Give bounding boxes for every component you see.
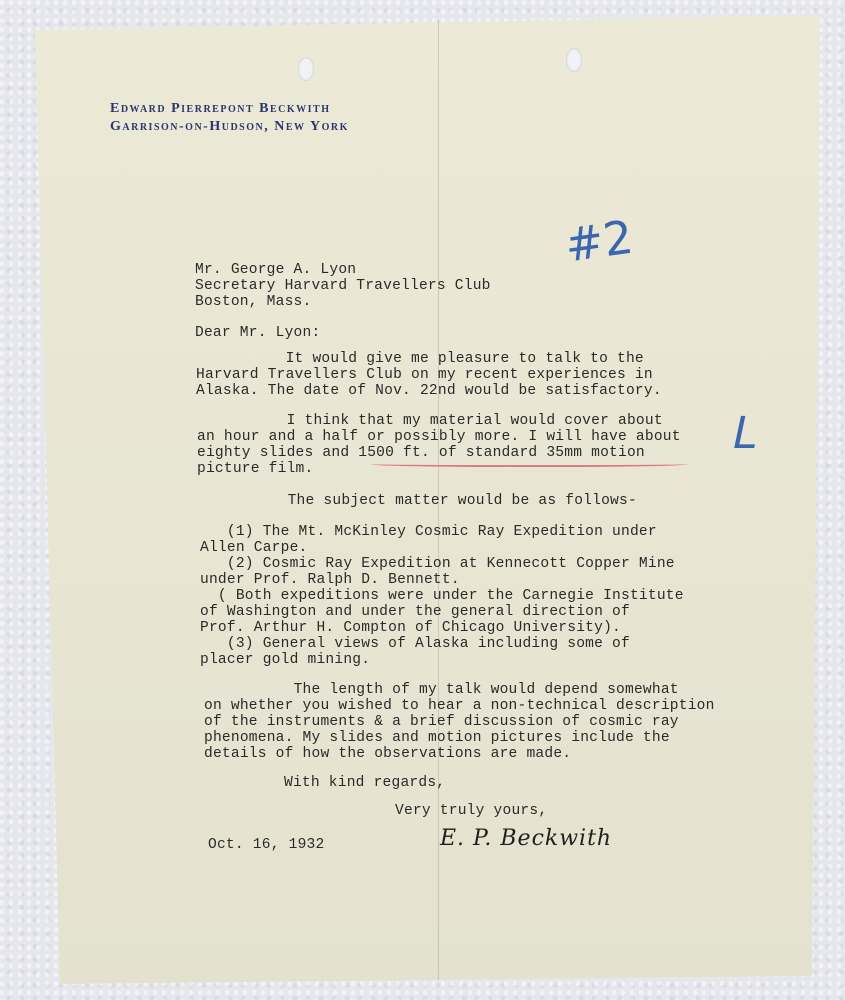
text-line: on whether you wished to hear a non-tech… bbox=[204, 698, 715, 714]
recipient-block: Mr. George A. LyonSecretary Harvard Trav… bbox=[195, 262, 491, 310]
text-line: I think that my material would cover abo… bbox=[197, 413, 681, 429]
punch-hole-left bbox=[298, 57, 314, 81]
recipient-city: Boston, Mass. bbox=[195, 294, 491, 310]
paragraph-2: I think that my material would cover abo… bbox=[197, 413, 681, 477]
paragraph-3: The subject matter would be as follows- bbox=[198, 493, 637, 509]
closing-regards: With kind regards, bbox=[284, 775, 445, 791]
letterhead-name: Edward Pierrepont Beckwith bbox=[110, 100, 349, 118]
punch-hole-right bbox=[566, 48, 582, 72]
list-line: (3) General views of Alaska including so… bbox=[200, 636, 684, 652]
pencil-number-mark: #2 bbox=[562, 210, 637, 273]
paragraph-1: It would give me pleasure to talk to the… bbox=[196, 351, 662, 399]
list-line: ( Both expeditions were under the Carneg… bbox=[200, 588, 684, 604]
list-line: placer gold mining. bbox=[200, 652, 684, 668]
text-line: The length of my talk would depend somew… bbox=[204, 682, 715, 698]
text-line: details of how the observations are made… bbox=[204, 746, 715, 762]
letterhead-address: Garrison-on-Hudson, New York bbox=[110, 118, 349, 136]
list-line: under Prof. Ralph D. Bennett. bbox=[200, 572, 684, 588]
subject-list: (1) The Mt. McKinley Cosmic Ray Expediti… bbox=[200, 524, 684, 668]
text-line: of the instruments & a brief discussion … bbox=[204, 714, 715, 730]
text-line: Alaska. The date of Nov. 22nd would be s… bbox=[196, 383, 662, 399]
list-line: (2) Cosmic Ray Expedition at Kennecott C… bbox=[200, 556, 684, 572]
text-line: It would give me pleasure to talk to the bbox=[196, 351, 662, 367]
closing-valediction: Very truly yours, bbox=[395, 803, 547, 819]
list-line: of Washington and under the general dire… bbox=[200, 604, 684, 620]
red-pencil-underline bbox=[370, 460, 688, 467]
handwritten-signature: E. P. Beckwith bbox=[440, 826, 612, 851]
text-line: Harvard Travellers Club on my recent exp… bbox=[196, 367, 662, 383]
text-line: phenomena. My slides and motion pictures… bbox=[204, 730, 715, 746]
recipient-name: Mr. George A. Lyon bbox=[195, 262, 491, 278]
paragraph-4: The length of my talk would depend somew… bbox=[204, 682, 715, 762]
list-line: (1) The Mt. McKinley Cosmic Ray Expediti… bbox=[200, 524, 684, 540]
recipient-title: Secretary Harvard Travellers Club bbox=[195, 278, 491, 294]
letter-date: Oct. 16, 1932 bbox=[208, 837, 324, 853]
text-line: an hour and a half or possibly more. I w… bbox=[197, 429, 681, 445]
letterhead: Edward Pierrepont Beckwith Garrison-on-H… bbox=[110, 100, 349, 136]
salutation: Dear Mr. Lyon: bbox=[195, 325, 320, 341]
list-line: Allen Carpe. bbox=[200, 540, 684, 556]
list-line: Prof. Arthur H. Compton of Chicago Unive… bbox=[200, 620, 684, 636]
text-line: eighty slides and 1500 ft. of standard 3… bbox=[197, 445, 681, 461]
